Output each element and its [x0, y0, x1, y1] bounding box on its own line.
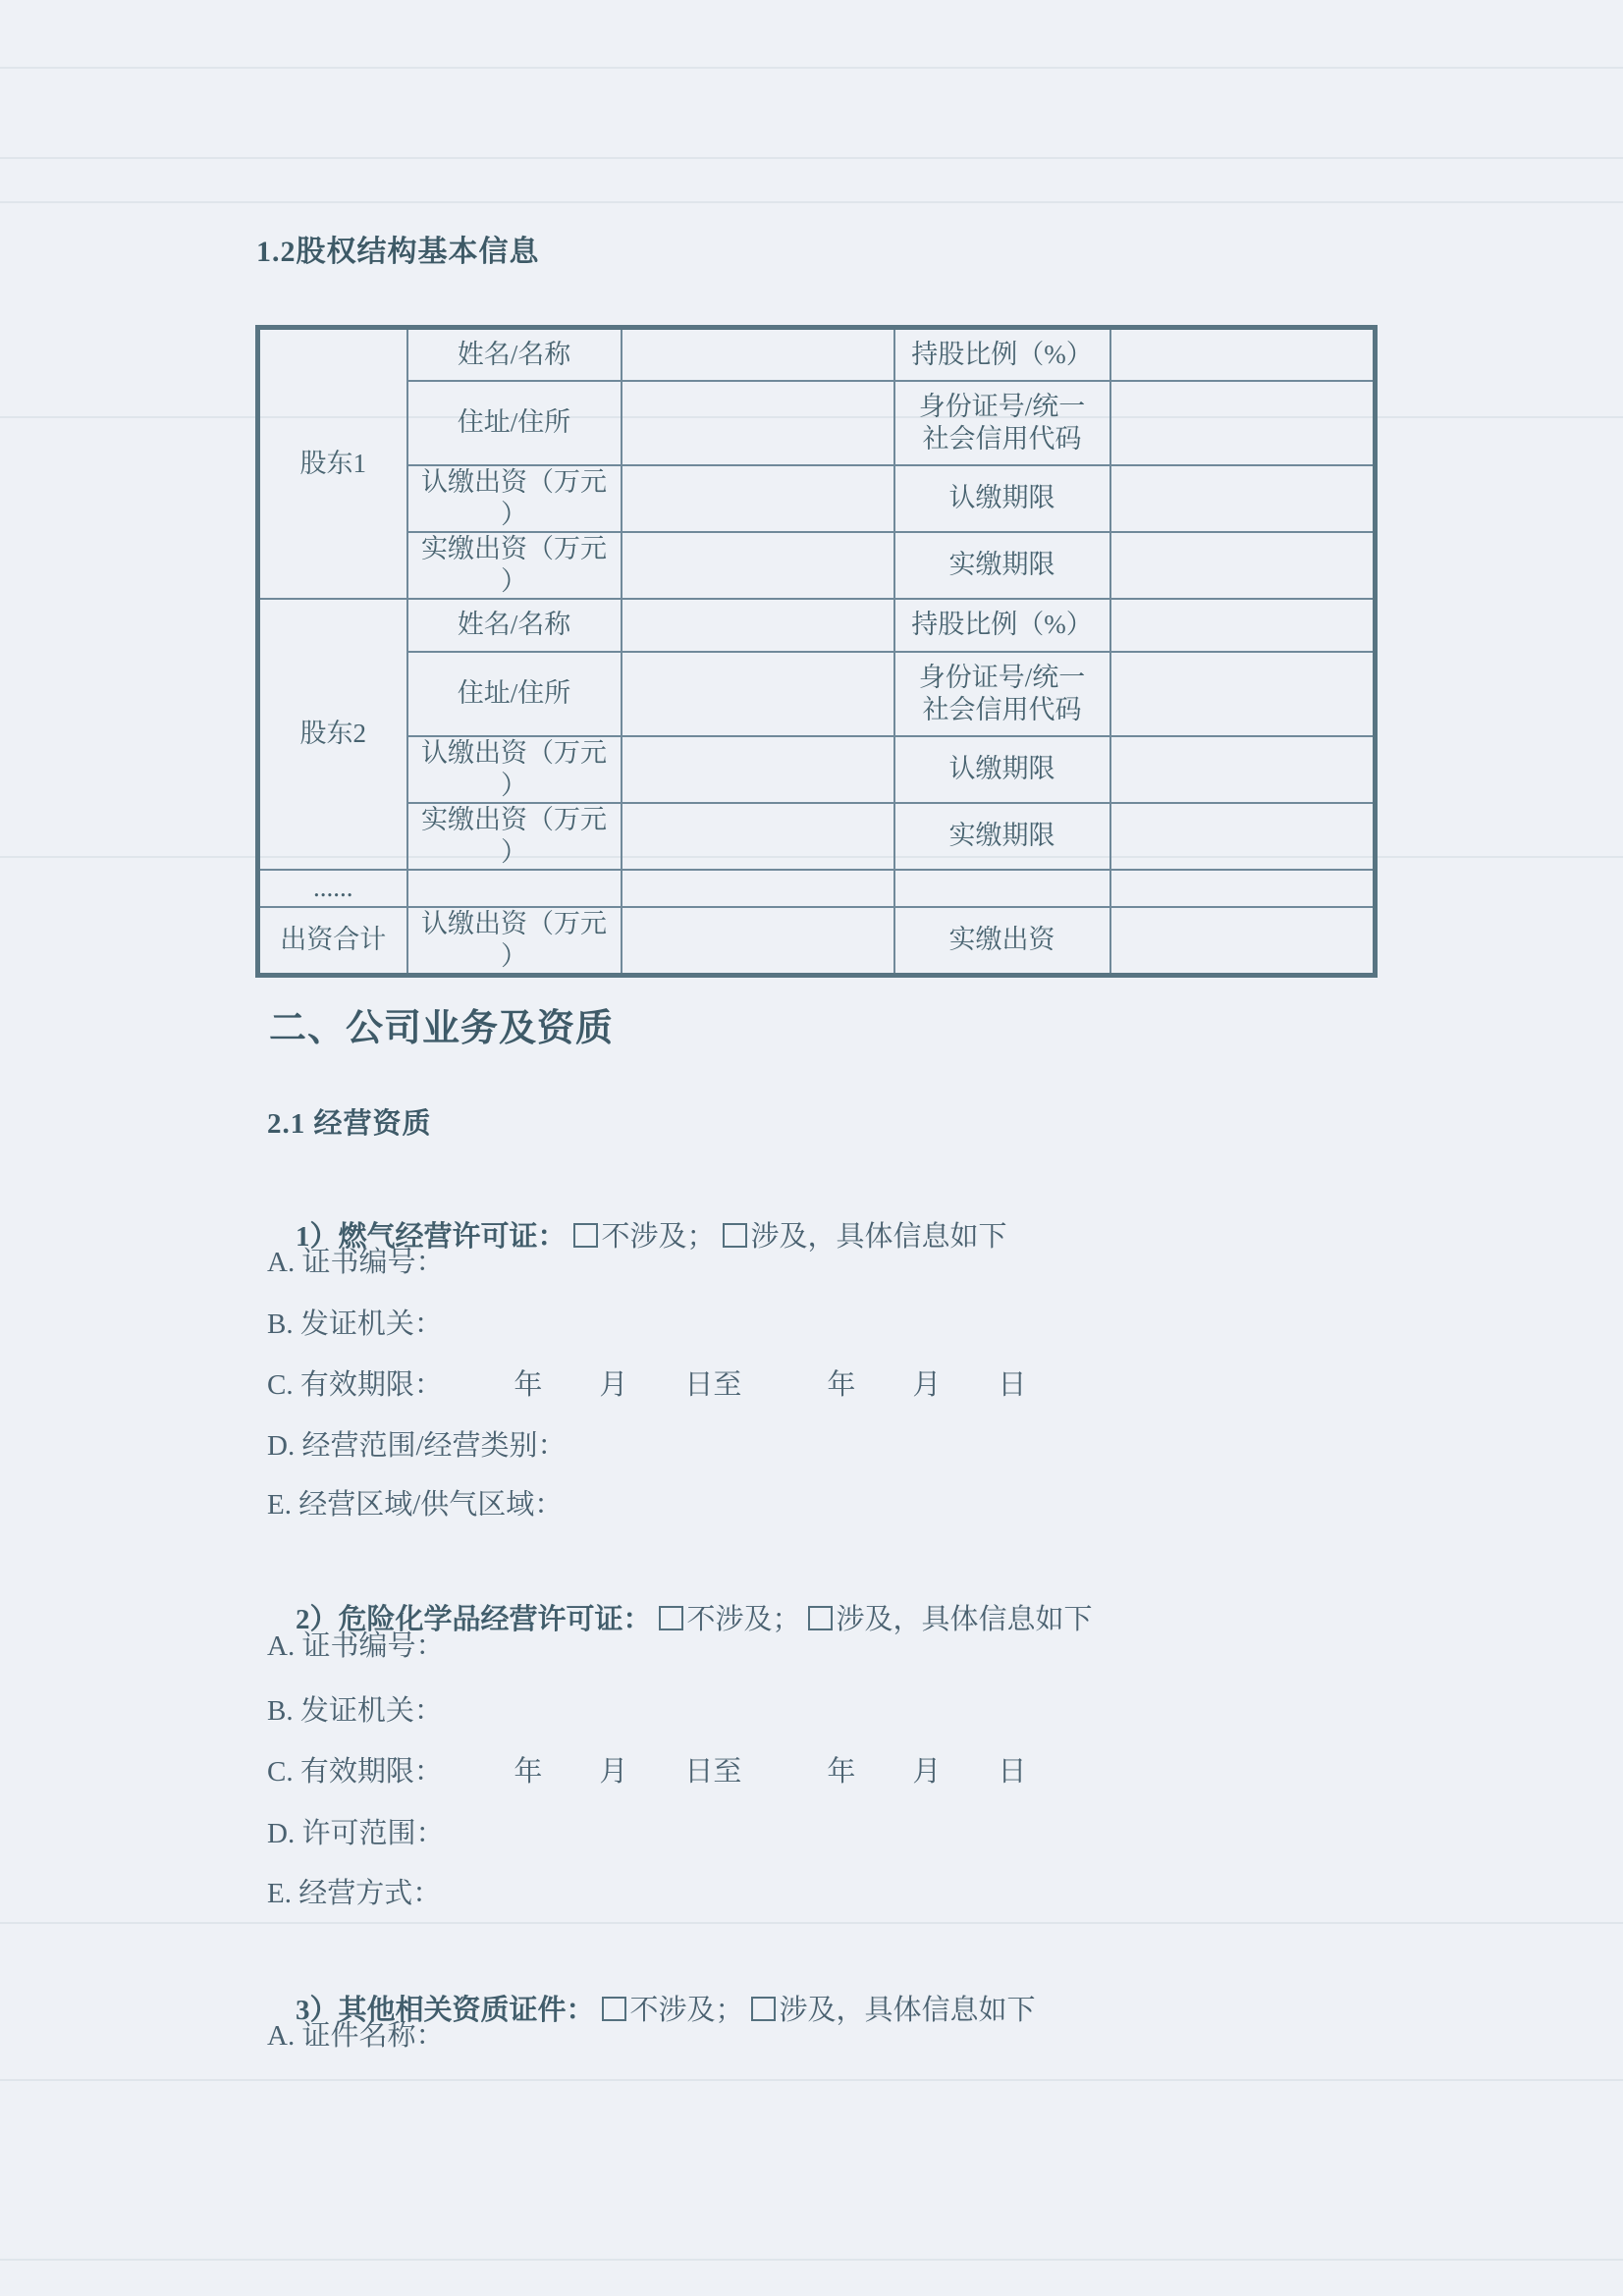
table-row: 住址/住所 身份证号/统一 社会信用代码 [258, 381, 1376, 465]
table-row: 认缴出资（万元 ） 认缴期限 [258, 736, 1376, 803]
scan-streak [0, 157, 1623, 159]
checkbox-involved-icon [808, 1606, 833, 1630]
checkbox-not-involved-icon [659, 1606, 683, 1630]
table-row: 认缴出资（万元 ） 认缴期限 [258, 465, 1376, 532]
ellipsis-empty-cell [407, 870, 622, 907]
s1-idcode-value-cell [1110, 381, 1376, 465]
gas-validity-line: C. 有效期限： 年 月 日至 年 月 日 [267, 1367, 1026, 1403]
s1-name-label: 姓名/名称 [407, 328, 622, 381]
s2-subscribed-term-value-cell [1110, 736, 1376, 803]
gas-involved-label: 涉及，具体信息如下 [751, 1221, 1007, 1253]
other-not-involved-label: 不涉及； [630, 1995, 744, 2026]
gas-region-line: E. 经营区域/供气区域： [267, 1487, 563, 1522]
equity-structure-table: 股东1 姓名/名称 持股比例（%） 住址/住所 身份证号/统一 社会信用代码 认… [255, 325, 1378, 978]
ellipsis-empty-cell [622, 870, 894, 907]
total-header-cell: 出资合计 [258, 907, 407, 976]
checkbox-involved-icon [751, 1997, 776, 2021]
s1-name-value-cell [622, 328, 894, 381]
s2-subscribed-term-label: 认缴期限 [894, 736, 1110, 803]
s2-name-value-cell [622, 599, 894, 652]
chemical-validity-line: C. 有效期限： 年 月 日至 年 月 日 [267, 1754, 1026, 1789]
table-row: 出资合计 认缴出资（万元 ） 实缴出资 [258, 907, 1376, 976]
checkbox-not-involved-icon [602, 1997, 626, 2021]
gas-issuer-line: B. 发证机关： [267, 1307, 443, 1342]
s2-idcode-label: 身份证号/统一 社会信用代码 [894, 652, 1110, 736]
checkbox-involved-icon [723, 1223, 747, 1248]
chemical-cert-number-line: A. 证书编号： [267, 1629, 444, 1664]
s2-address-value-cell [622, 652, 894, 736]
gas-cert-number-line: A. 证书编号： [267, 1245, 444, 1280]
gas-not-involved-label: 不涉及； [602, 1221, 716, 1253]
ellipsis-empty-cell [1110, 870, 1376, 907]
s2-ratio-label: 持股比例（%） [894, 599, 1110, 652]
table-row: 实缴出资（万元 ） 实缴期限 [258, 532, 1376, 599]
other-involved-label: 涉及，具体信息如下 [780, 1995, 1036, 2026]
scan-streak [0, 2259, 1623, 2261]
s2-address-label: 住址/住所 [407, 652, 622, 736]
table-row: ...... [258, 870, 1376, 907]
s2-subscribed-label: 认缴出资（万元 ） [407, 736, 622, 803]
scan-streak [0, 1922, 1623, 1924]
chemical-involved-label: 涉及，具体信息如下 [837, 1604, 1093, 1635]
shareholder2-header-cell: 股东2 [258, 599, 407, 870]
scanned-document-page: 1.2股权结构基本信息 股东1 姓名/名称 持股比例（%） 住址/住所 身份证号… [0, 0, 1623, 2296]
qualification-subheading: 2.1 经营资质 [267, 1101, 432, 1142]
total-paid-label: 实缴出资 [894, 907, 1110, 976]
checkbox-not-involved-icon [573, 1223, 598, 1248]
gas-scope-line: D. 经营范围/经营类别： [267, 1428, 567, 1464]
total-subscribed-value-cell [622, 907, 894, 976]
s1-subscribed-term-value-cell [1110, 465, 1376, 532]
scan-streak [0, 2079, 1623, 2081]
shareholder1-header-cell: 股东1 [258, 328, 407, 599]
s1-subscribed-term-label: 认缴期限 [894, 465, 1110, 532]
s1-paid-term-value-cell [1110, 532, 1376, 599]
total-paid-value-cell [1110, 907, 1376, 976]
table-row: 股东1 姓名/名称 持股比例（%） [258, 328, 1376, 381]
table-row: 住址/住所 身份证号/统一 社会信用代码 [258, 652, 1376, 736]
s2-subscribed-value-cell [622, 736, 894, 803]
chemical-not-involved-label: 不涉及； [687, 1604, 801, 1635]
chemical-mode-line: E. 经营方式： [267, 1876, 441, 1911]
table-row: 股东2 姓名/名称 持股比例（%） [258, 599, 1376, 652]
other-cert-name-line: A. 证件名称： [267, 2018, 444, 2054]
chemical-scope-line: D. 许可范围： [267, 1816, 444, 1851]
s1-paid-value-cell [622, 532, 894, 599]
s1-ratio-value-cell [1110, 328, 1376, 381]
s1-idcode-label: 身份证号/统一 社会信用代码 [894, 381, 1110, 465]
s2-name-label: 姓名/名称 [407, 599, 622, 652]
s2-paid-term-value-cell [1110, 803, 1376, 870]
business-section-heading: 二、公司业务及资质 [269, 997, 614, 1051]
equity-structure-title: 1.2股权结构基本信息 [256, 227, 540, 270]
s2-idcode-value-cell [1110, 652, 1376, 736]
scan-streak [0, 67, 1623, 69]
ellipsis-empty-cell [894, 870, 1110, 907]
s2-paid-value-cell [622, 803, 894, 870]
s1-paid-term-label: 实缴期限 [894, 532, 1110, 599]
s1-address-label: 住址/住所 [407, 381, 622, 465]
scan-streak [0, 201, 1623, 203]
s1-subscribed-value-cell [622, 465, 894, 532]
s1-ratio-label: 持股比例（%） [894, 328, 1110, 381]
total-subscribed-label: 认缴出资（万元 ） [407, 907, 622, 976]
s1-address-value-cell [622, 381, 894, 465]
s1-subscribed-label: 认缴出资（万元 ） [407, 465, 622, 532]
table-row: 实缴出资（万元 ） 实缴期限 [258, 803, 1376, 870]
s1-paid-label: 实缴出资（万元 ） [407, 532, 622, 599]
s2-paid-term-label: 实缴期限 [894, 803, 1110, 870]
ellipsis-row-cell: ...... [258, 870, 407, 907]
chemical-issuer-line: B. 发证机关： [267, 1693, 443, 1729]
s2-paid-label: 实缴出资（万元 ） [407, 803, 622, 870]
s2-ratio-value-cell [1110, 599, 1376, 652]
